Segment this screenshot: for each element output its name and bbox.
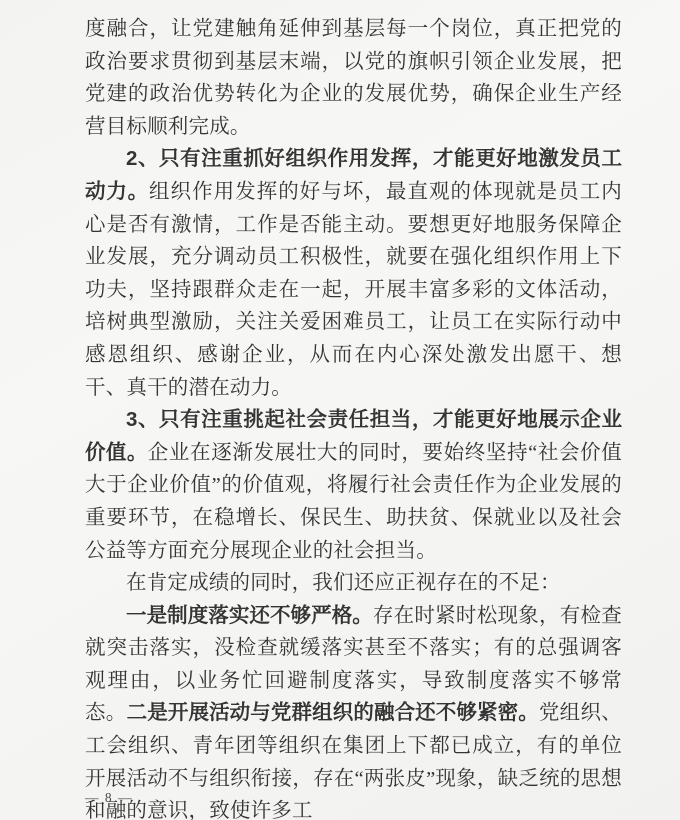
text-run: 企业在逐渐发展壮大的同时，要始终坚持“社会价值大于企业价值”的价值观，将履行社会… bbox=[85, 442, 622, 562]
paragraph: 一是制度落实还不够严格。存在时紧时松现象，有检查就突击落实，没检查就缓落实甚至不… bbox=[85, 600, 622, 820]
text-run-bold: 一是制度落实还不够严格。 bbox=[126, 604, 373, 627]
paragraph: 度融合，让党建触角延伸到基层每一个岗位，真正把党的政治要求贯彻到基层末端，以党的… bbox=[85, 13, 622, 143]
text-run: 在肯定成绩的同时，我们还应正视存在的不足： bbox=[126, 572, 561, 594]
paragraph: 在肯定成绩的同时，我们还应正视存在的不足： bbox=[85, 567, 622, 600]
document-page: 度融合，让党建触角延伸到基层每一个岗位，真正把党的政治要求贯彻到基层末端，以党的… bbox=[0, 0, 680, 820]
document-body: 度融合，让党建触角延伸到基层每一个岗位，真正把党的政治要求贯彻到基层末端，以党的… bbox=[85, 13, 622, 820]
text-run: 组织作用发挥的好与坏，最直观的体现就是员工内心是否有激情，工作是否能主动。要想更… bbox=[85, 181, 622, 399]
text-run-bold: 二是开展活动与党群组织的融合还不够紧密。 bbox=[127, 701, 539, 724]
page-number: — 8 — bbox=[85, 790, 133, 805]
text-run: 度融合，让党建触角延伸到基层每一个岗位，真正把党的政治要求贯彻到基层末端，以党的… bbox=[85, 18, 622, 138]
paragraph: 3、只有注重挑起社会责任担当，才能更好地展示企业价值。企业在逐渐发展壮大的同时，… bbox=[85, 404, 622, 567]
paragraph: 2、只有注重抓好组织作用发挥，才能更好地激发员工动力。组织作用发挥的好与坏，最直… bbox=[85, 143, 622, 404]
page-footer: — 8 — bbox=[85, 790, 133, 806]
